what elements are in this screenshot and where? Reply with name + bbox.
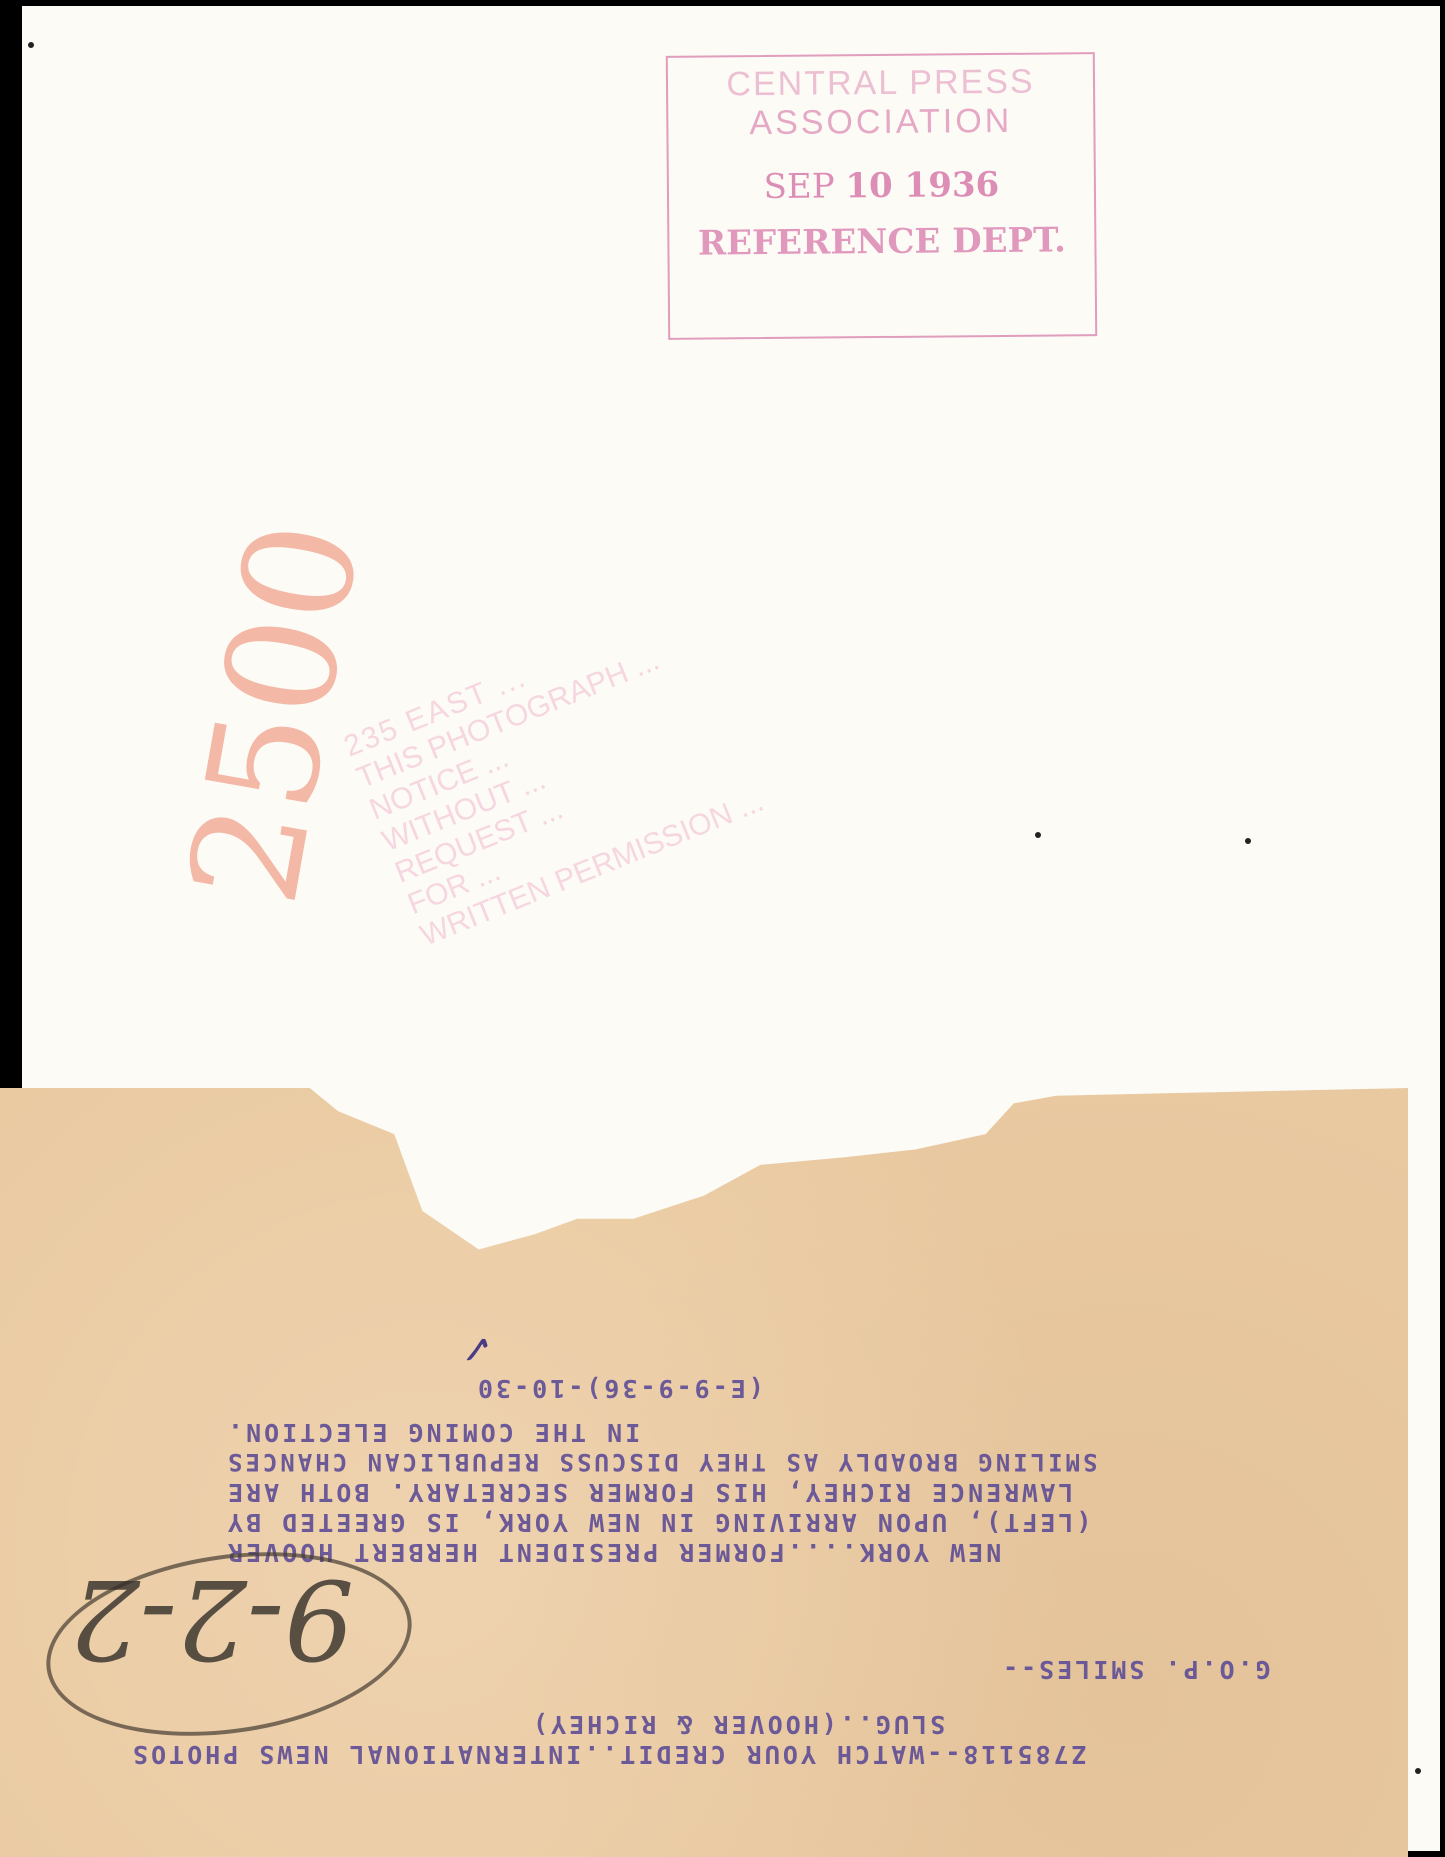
faded-agency-stamp: 235 EAST ... THIS PHOTOGRAPH ... NOTICE … [272, 229, 1301, 1048]
edge-speck [1035, 832, 1041, 838]
caption-line: SMILING BROADLY AS THEY DISCUSS REPUBLIC… [225, 1448, 1097, 1476]
caption-line: SLUG..(HOOVER & RICHEY) [530, 1710, 945, 1739]
edge-speck [1245, 838, 1251, 844]
stamp-line-2: ASSOCIATION [668, 101, 1093, 144]
handwritten-initials: 9-2-2 [70, 1555, 354, 1683]
caption-line: (E-9-9-36)-10-30 [475, 1374, 764, 1403]
stamp-date-day-year: 10 1936 [845, 165, 999, 206]
edge-speck [28, 42, 34, 48]
stamp-date-month: SEP [763, 166, 834, 207]
caption-line: IN THE COMING ELECTION. [225, 1418, 640, 1447]
caption-line: G.O.P. SMILES-- [1000, 1655, 1271, 1684]
edge-speck [1415, 1768, 1421, 1774]
stamp-date: SEP 10 1936 [669, 164, 1094, 208]
caption-line: (LEFT), UPON ARRIVING IN NEW YORK, IS GR… [225, 1508, 1091, 1537]
caption-line: LAWRENCE RICHEY, HIS FORMER SECRETARY. B… [225, 1478, 1073, 1507]
stamp-line-4: REFERENCE DEPT. [669, 220, 1094, 264]
check-mark-icon: ✓ [460, 1325, 494, 1371]
pencil-note: 2500 [157, 510, 395, 916]
stamp-line-1: CENTRAL PRESS [668, 62, 1093, 105]
caption-line: Z785118--WATCH YOUR CREDIT..INTERNATIONA… [130, 1740, 1087, 1769]
